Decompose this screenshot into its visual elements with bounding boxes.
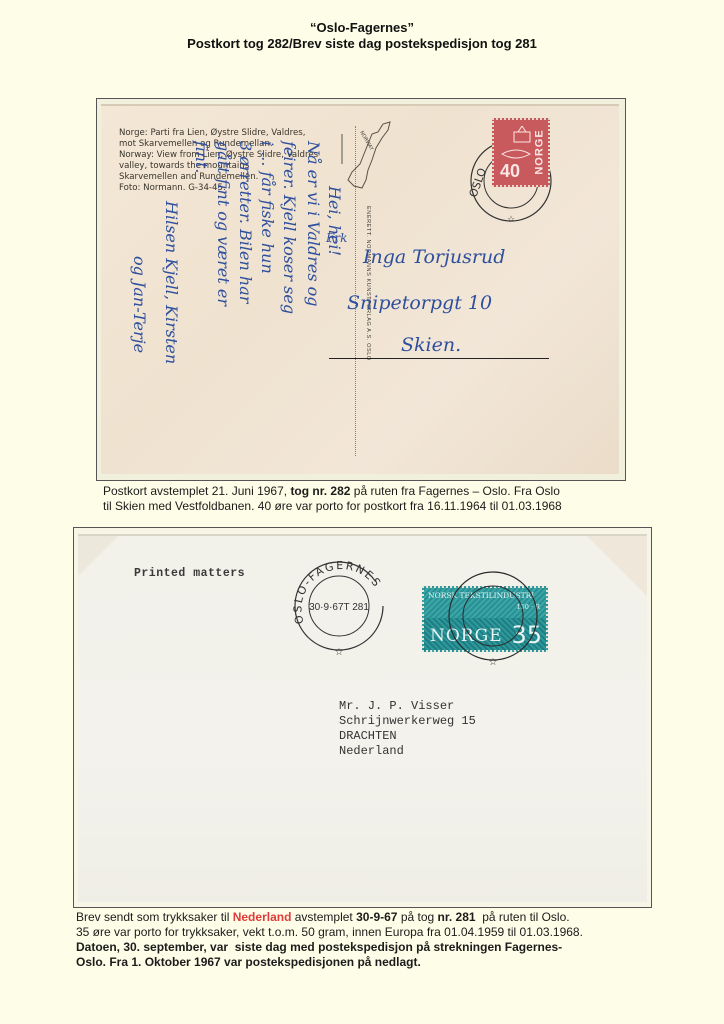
page-title: “Oslo-Fagernes” bbox=[0, 20, 724, 36]
message-line: 3 ørretter. Bilen har bbox=[236, 141, 255, 303]
svg-text:OSLO-FAGERNES: OSLO-FAGERNES bbox=[291, 559, 384, 625]
desc-text: Brev sendt som trykksaker til bbox=[76, 910, 233, 924]
stamp-country: NORGE bbox=[533, 129, 545, 174]
svg-text:30·9·67T 281: 30·9·67T 281 bbox=[309, 602, 369, 613]
destination-country: Nederland bbox=[233, 910, 292, 924]
address-underline bbox=[329, 358, 549, 359]
letter-frame: Printed matters OSLO-FAGERNES 30·9·67T 2… bbox=[73, 527, 652, 908]
message-line: fint. bbox=[192, 141, 211, 174]
postmark-date: 30-9-67 bbox=[356, 910, 397, 924]
postcard-frame: Norge: Parti fra Lien, Øystre Slidre, Va… bbox=[96, 98, 626, 481]
stamp-40-ore: 40 NORGE bbox=[492, 118, 550, 187]
desc-text: på ruten fra Fagernes – Oslo. Fra Oslo bbox=[350, 484, 559, 498]
norway-map-icon: NORWAY bbox=[338, 114, 398, 194]
envelope-fold bbox=[78, 536, 118, 576]
message-line: Nå er vi i Valdres og bbox=[304, 141, 323, 307]
desc-text: på ruten til Oslo. bbox=[476, 910, 570, 924]
address-name: Inga Torjusrud bbox=[363, 246, 505, 268]
envelope-fold bbox=[587, 536, 647, 596]
postmark-on-stamp: ☆ bbox=[438, 561, 548, 671]
recipient-address: Mr. J. P. Visser Schrijnwerkerweg 15 DRA… bbox=[339, 699, 476, 759]
desc-text: Datoen, 30. september, var siste dag med… bbox=[76, 940, 716, 955]
letter-description: Brev sendt som trykksaker til Nederland … bbox=[76, 910, 716, 970]
address-city: Skien. bbox=[401, 334, 461, 356]
svg-text:OSLO: OSLO bbox=[467, 166, 490, 199]
desc-text: Postkort avstemplet 21. Juni 1967, bbox=[103, 484, 290, 498]
svg-text:☆: ☆ bbox=[335, 647, 344, 658]
svg-text:☆: ☆ bbox=[489, 657, 498, 668]
desc-text: avstemplet bbox=[291, 910, 356, 924]
postmark-oslo-fagernes: OSLO-FAGERNES 30·9·67T 281 ☆ bbox=[284, 551, 394, 661]
page-header: “Oslo-Fagernes” Postkort tog 282/Brev si… bbox=[0, 20, 724, 52]
message-line: feirer. Kjell koser seg bbox=[280, 141, 299, 314]
page-subtitle: Postkort tog 282/Brev siste dag posteksp… bbox=[0, 36, 724, 52]
desc-text: 35 øre var porto for trykksaker, vekt t.… bbox=[76, 925, 716, 940]
message-line: gått fint og været er bbox=[214, 141, 233, 306]
printed-matters-label: Printed matters bbox=[134, 567, 245, 580]
stamp-value: 40 bbox=[500, 161, 520, 182]
postcard-description: Postkort avstemplet 21. Juni 1967, tog n… bbox=[103, 484, 562, 514]
message-line: Hilsen Kjell, Kirsten bbox=[162, 201, 181, 364]
address-street: Snipetorpgt 10 bbox=[347, 292, 492, 314]
desc-text: på tog bbox=[397, 910, 437, 924]
address-prefix: Frk bbox=[326, 231, 347, 245]
printer-imprint: ENERETT. NORMANNS KUNSTFORLAG A.S. OSLO bbox=[365, 206, 371, 361]
train-number: tog nr. 282 bbox=[290, 484, 350, 498]
desc-text: til Skien med Vestfoldbanen. 40 øre var … bbox=[103, 499, 562, 514]
desc-text: Oslo. Fra 1. Oktober 1967 var posteksped… bbox=[76, 955, 716, 970]
letter-envelope: Printed matters OSLO-FAGERNES 30·9·67T 2… bbox=[78, 534, 647, 902]
postcard-divider bbox=[355, 126, 356, 456]
message-line: i ... får fiske hun bbox=[258, 141, 277, 274]
message-line: og Jan-Terje bbox=[130, 256, 149, 353]
postcard: Norge: Parti fra Lien, Øystre Slidre, Va… bbox=[101, 104, 619, 474]
svg-text:☆: ☆ bbox=[507, 214, 515, 224]
message-line: Hei, hei! bbox=[325, 186, 344, 256]
train-number: nr. 281 bbox=[438, 910, 476, 924]
